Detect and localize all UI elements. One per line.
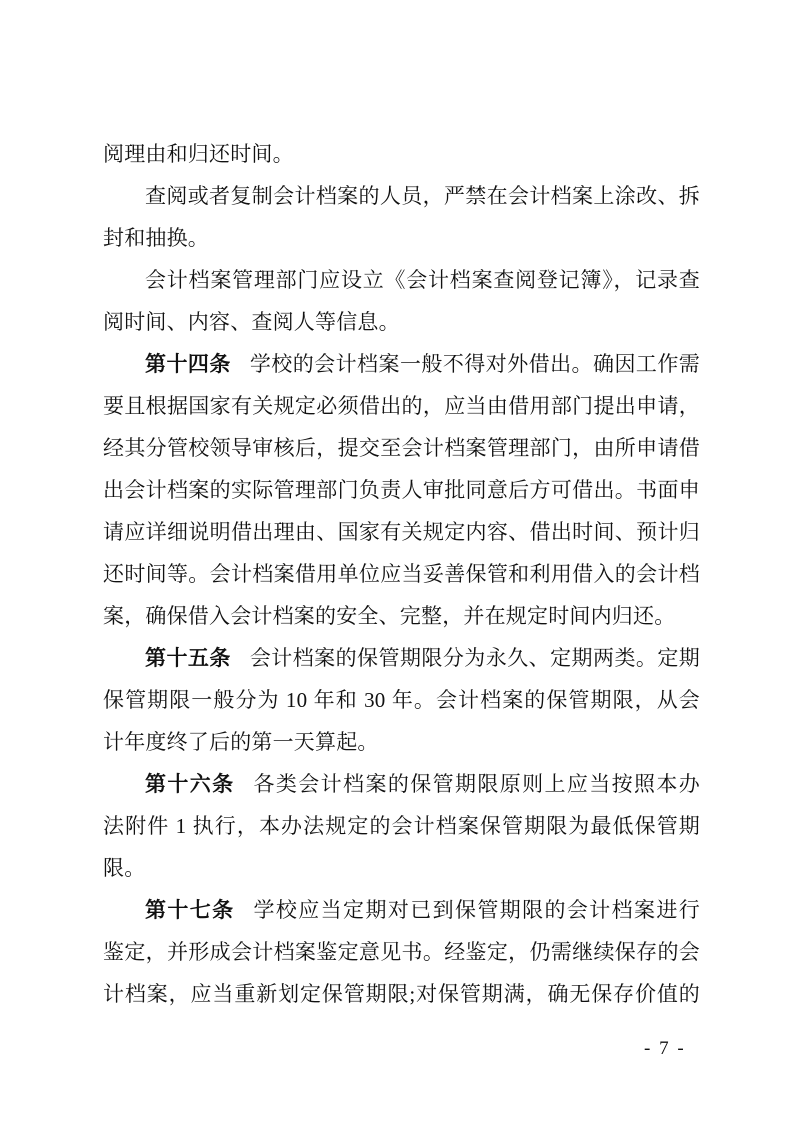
text-line: 鉴定，并形成会计档案鉴定意见书。经鉴定，仍需继续保存的会 (103, 931, 700, 973)
article-text: 学校的会计档案一般不得对外借出。确因工作需 (250, 352, 700, 376)
text-line: 第十七条学校应当定期对已到保管期限的会计档案进行 (103, 889, 700, 931)
article-text: 会计档案的保管期限分为永久、定期两类。定期 (250, 646, 700, 670)
article-text: 学校应当定期对已到保管期限的会计档案进行 (254, 898, 700, 922)
text-line: 保管期限一般分为 10 年和 30 年。会计档案的保管期限，从会 (103, 679, 700, 721)
text-line: 会计档案管理部门应设立《会计档案查阅登记簿》，记录查 (103, 259, 700, 301)
text-line: 第十六条各类会计档案的保管期限原则上应当按照本办 (103, 763, 700, 805)
text-line: 还时间等。会计档案借用单位应当妥善保管和利用借入的会计档 (103, 553, 700, 595)
document-body: 阅理由和归还时间。查阅或者复制会计档案的人员，严禁在会计档案上涂改、拆封和抽换。… (103, 133, 700, 1015)
text-line: 计年度终了后的第一天算起。 (103, 721, 700, 763)
text-line: 法附件 1 执行，本办法规定的会计档案保管期限为最低保管期 (103, 805, 700, 847)
text-line: 案，确保借入会计档案的安全、完整，并在规定时间内归还。 (103, 595, 700, 637)
text-line: 出会计档案的实际管理部门负责人审批同意后方可借出。书面申 (103, 469, 700, 511)
text-line: 封和抽换。 (103, 217, 700, 259)
text-line: 要且根据国家有关规定必须借出的，应当由借用部门提出申请， (103, 385, 700, 427)
page-number: - 7 - (644, 1038, 704, 1060)
article-number: 第十四条 (145, 352, 231, 376)
article-number: 第十六条 (145, 772, 235, 796)
text-line: 阅时间、内容、查阅人等信息。 (103, 301, 700, 343)
article-number: 第十七条 (145, 898, 235, 922)
article-number: 第十五条 (145, 646, 231, 670)
text-line: 经其分管校领导审核后，提交至会计档案管理部门，由所申请借 (103, 427, 700, 469)
text-line: 阅理由和归还时间。 (103, 133, 700, 175)
text-line: 第十四条学校的会计档案一般不得对外借出。确因工作需 (103, 343, 700, 385)
text-line: 查阅或者复制会计档案的人员，严禁在会计档案上涂改、拆 (103, 175, 700, 217)
text-line: 限。 (103, 847, 700, 889)
text-line: 第十五条会计档案的保管期限分为永久、定期两类。定期 (103, 637, 700, 679)
text-line: 计档案，应当重新划定保管期限;对保管期满，确无保存价值的 (103, 973, 700, 1015)
document-page: 阅理由和归还时间。查阅或者复制会计档案的人员，严禁在会计档案上涂改、拆封和抽换。… (0, 0, 794, 1123)
text-line: 请应详细说明借出理由、国家有关规定内容、借出时间、预计归 (103, 511, 700, 553)
article-text: 各类会计档案的保管期限原则上应当按照本办 (254, 772, 700, 796)
